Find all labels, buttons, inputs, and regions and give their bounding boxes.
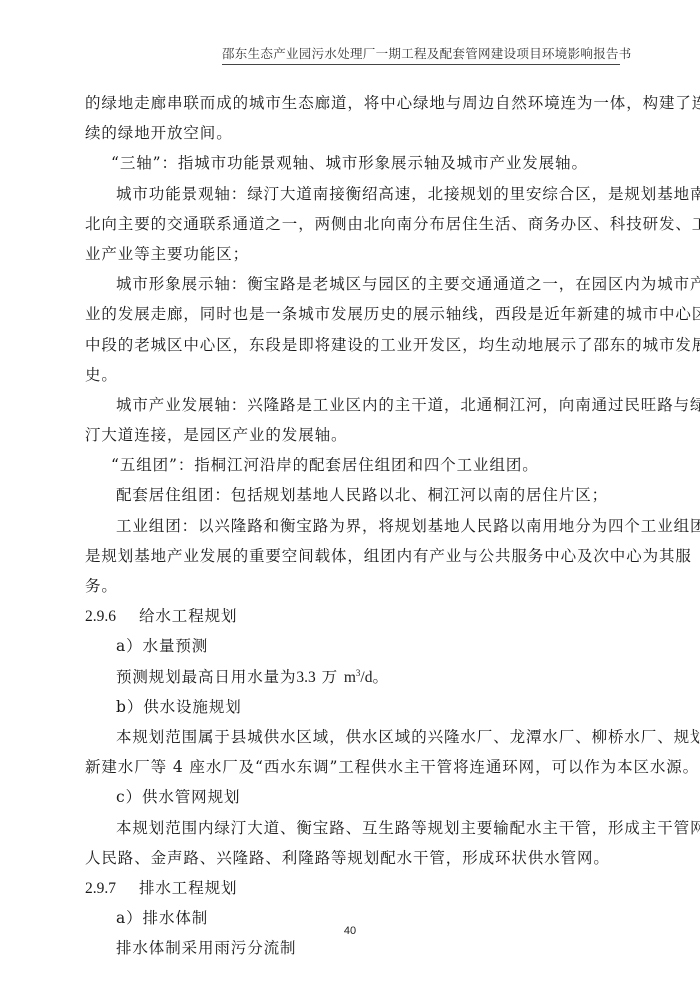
paragraph-line: 城市产业发展轴：兴隆路是工业区内的主干道，北通桐江河，向南通过民旺路与绿 [85,390,613,420]
subheading-supply-network: c）供水管网规划 [85,782,613,812]
paragraph-residential-group: 配套居住组团：包括规划基地人民路以北、桐江河以南的居住片区； [85,480,613,510]
paragraph-line: 城市功能景观轴：绿汀大道南接衡绍高速，北接规划的里安综合区，是规划基地南 [85,179,613,209]
section-heading-2-9-6: 2.9.6给水工程规划 [85,601,613,631]
paragraph-line: 务。 [85,571,613,601]
paragraph-line: 城市形象展示轴：衡宝路是老城区与园区的主要交通通道之一，在园区内为城市产 [85,269,613,299]
section-number: 2.9.7 [85,874,125,904]
paragraph-line: 续的绿地开放空间。 [85,118,613,148]
paragraph-line: 本规划范围内绿汀大道、衡宝路、互生路等规划主要输配水主干管，形成主干管网。 [85,813,613,843]
paragraph-three-axes: “三轴”：指城市功能景观轴、城市形象展示轴及城市产业发展轴。 [85,148,613,178]
paragraph-line: 新建水厂等 4 座水厂及“西水东调”工程供水主干管将连通环网，可以作为本区水源。 [85,752,613,782]
paragraph-line: 本规划范围属于县城供水区域，供水区域的兴隆水厂、龙潭水厂、柳桥水厂、规划 [85,722,613,752]
section-heading-2-9-7: 2.9.7排水工程规划 [85,873,613,903]
section-number: 2.9.6 [85,602,125,632]
paragraph-line: 人民路、金声路、兴隆路、利隆路等规划配水干管，形成环状供水管网。 [85,843,613,873]
paragraph-line: 业产业等主要功能区； [85,239,613,269]
paragraph-line: 是规划基地产业发展的重要空间载体，组团内有产业与公共服务中心及次中心为其服 [85,541,613,571]
paragraph-five-groups: “五组团”：指桐江河沿岸的配套居住组团和四个工业组团。 [85,450,613,480]
paragraph-line: 的绿地走廊串联而成的城市生态廊道，将中心绿地与周边自然环境连为一体，构建了连 [85,88,613,118]
section-title: 排水工程规划 [139,879,237,897]
subheading-water-forecast: a）水量预测 [85,631,613,661]
paragraph-line: 汀大道连接，是园区产业的发展轴。 [85,420,613,450]
paragraph-drainage-system: 排水体制采用雨污分流制 [85,933,613,963]
paragraph-line: 中段的老城区中心区，东段是即将建设的工业开发区，均生动地展示了邵东的城市发展 [85,330,613,360]
water-value: 3.3 [296,669,315,686]
paragraph-line: 史。 [85,360,613,390]
water-forecast-text: 预测规划最高日用水量为3.3 万 m3/d。 [85,662,613,692]
page-number: 40 [0,925,700,937]
section-title: 给水工程规划 [139,607,237,625]
paragraph-line: 工业组团：以兴隆路和衡宝路为界，将规划基地人民路以南用地分为四个工业组团， [85,511,613,541]
page-body: 的绿地走廊串联而成的城市生态廊道，将中心绿地与周边自然环境连为一体，构建了连 续… [85,88,613,963]
paragraph-line: 北向主要的交通联系通道之一，两侧由北向南分布居住生活、商务办区、科技研发、工 [85,209,613,239]
paragraph-line: 业的发展走廊，同时也是一条城市发展历史的展示轴线，西段是近年新建的城市中心区， [85,299,613,329]
running-header: 邵东生态产业园污水处理厂一期工程及配套管网建设项目环境影响报告书 [222,44,620,65]
subheading-supply-facilities: b）供水设施规划 [85,692,613,722]
